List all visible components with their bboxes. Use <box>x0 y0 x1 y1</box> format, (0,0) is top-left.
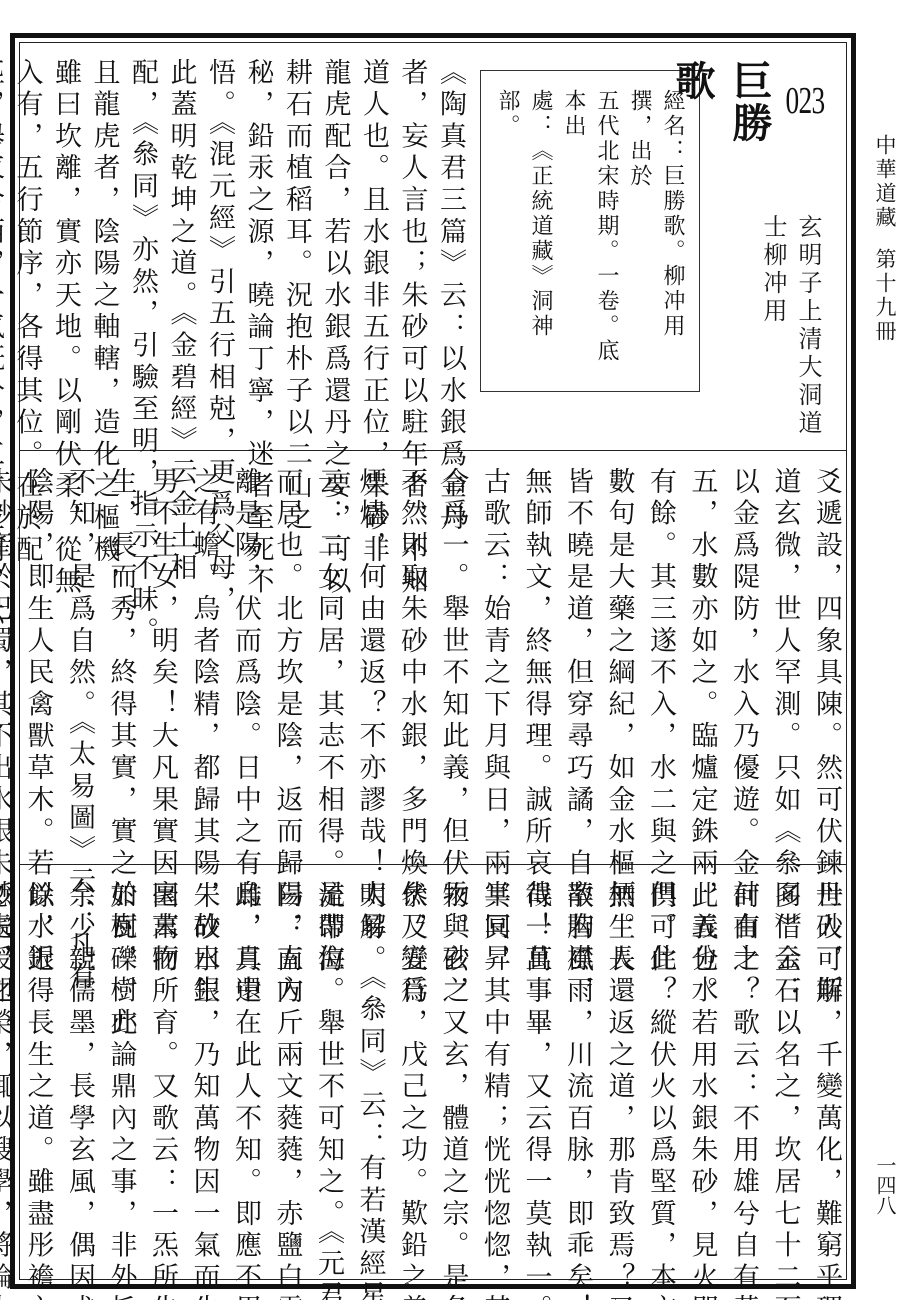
text-column: 且龍虎者，陰陽之軸轄，造化之樞機， <box>85 44 124 448</box>
page-number: 一四八 <box>858 1155 900 1215</box>
text-column: 散若風雨，川流百脉，即乖矣！經云： <box>557 867 597 1277</box>
text-column: 得一萬事畢，又云得一莫執一。杳杳 <box>516 867 556 1277</box>
text-column: 皆不曉是道，但穿尋巧譎，自率胸襟， <box>557 453 597 861</box>
volume-label: 第十九冊 <box>873 248 897 344</box>
text-column: 因萬物所育。又歌云：一炁所失，猶 <box>142 867 182 1277</box>
text-column: 云：二女同居，其志不相得。是即位 <box>308 453 348 861</box>
title-stack: 023 巨勝歌 <box>772 54 832 146</box>
text-column: 慙朱綬之榮，輒以謏學，將論大藥。窮 <box>0 867 16 1277</box>
author-line: 玄明子上清大洞道士柳冲用 <box>790 146 826 448</box>
text-column: 朱砂水銀，乃知萬物因一氣而生，三才 <box>184 867 224 1277</box>
text-column: 此義也。若用水銀朱砂，見火即飛，何 <box>682 867 722 1277</box>
text-column: 叅及五行，戊己之功。歎鉛之美，實難 <box>391 867 431 1277</box>
text-column: 陰陽，即生人民禽獸草木。若以水銀 <box>18 453 58 861</box>
text-column: 生，長而秀，終得其實，實之於樹，樹亦 <box>101 453 141 861</box>
text-column: 配，《叅同》亦然，引驗至明，指示不昧。 <box>124 44 163 448</box>
text-column: 而居也。北方坎是陰，返而歸陽，南方 <box>267 453 307 861</box>
text-column: 何由之？歌云：不用雄兮自有黃，是 <box>723 867 763 1277</box>
text-column: 如瓦礫。此論鼎內之事，非外旨也。 <box>101 867 141 1277</box>
text-column: 男不生女，明矣！大凡果實因毫末而 <box>142 453 182 861</box>
text-column: 無師執文，終無得理。誠所哀哉！且 <box>516 453 556 861</box>
text-column: 悟。《混元經》引五行相尅，更爲父母， <box>201 44 240 448</box>
text-column: 秘，鉛汞之源，曉論丁寧，迷者至死不 <box>239 44 278 448</box>
text-column: 道人也。且水銀非五行正位，朱砂非 <box>355 44 394 448</box>
text-column: 門可住？縱伏火以爲堅質，本亦不存， <box>640 867 680 1277</box>
text-column: 余少親儒墨，長學玄風，偶因求瘼之 <box>59 867 99 1277</box>
info-line: 五代北宋時期。一卷。底本出 <box>557 89 623 381</box>
running-head: 中華道藏第十九冊 <box>858 134 900 344</box>
text-column: 雌，真還在此人不知。即應不用人間 <box>225 867 265 1277</box>
text-column: 餘，近得長生之道。雖盡彤襜之任，有 <box>18 867 58 1277</box>
text-column: 朱砂產於巴蜀，其不出水銀朱砂處，即 <box>0 453 16 861</box>
text-column: 數句是大藥之綱紀，如金水樞柄。人 <box>599 453 639 861</box>
text-column: 不然則取朱砂中水銀，多門煥伏，變爲 <box>391 453 431 861</box>
text-column: 離是陽，伏而爲陰。日中之有烏，月中 <box>225 453 265 861</box>
text-column: 龍虎配合，若以水銀爲還丹之要，可以 <box>316 44 355 448</box>
text-column: 不知，是爲自然。《太易圖》云：凡有 <box>59 453 99 861</box>
entry-number: 023 <box>786 79 825 123</box>
section-middle: 爻遞設，四象具陳。然可伏鍊丹砂，斯 道玄微，世人罕測。只如《叅同》云： 以金爲隄… <box>20 453 846 861</box>
text-column: 雖曰坎離，實亦天地。以剛伏柔，從無 <box>47 44 86 448</box>
text-column: 此蓋明乾坤之道。《金碧經》云金土相 <box>162 44 201 448</box>
text-column: 五，水數亦如之。臨爐定銖兩，五分水 <box>682 453 722 861</box>
text-column: 多借金石以名之，坎居七十二石之長， <box>765 867 805 1277</box>
text-column: 之有蟾。烏者陰精，都歸其陽，故曰生 <box>184 453 224 861</box>
text-column: 世人可解，千變萬化，難窮乎理。聖人 <box>806 867 846 1277</box>
text-column: 明解。《叅同》云：有若漢經星，百川 <box>350 867 390 1277</box>
text-column: 古歌云：始青之下月與日，兩半同昇 <box>474 453 514 861</box>
text-column: 物。玄之又玄，體道之宗。是各一二， <box>433 867 473 1277</box>
text-column: 有餘。其三遂不入，水二與之俱。此 <box>640 453 680 861</box>
entry-title: 巨勝歌 <box>664 60 778 146</box>
text-column: 以金爲隄防，水入乃優遊。金計有十 <box>723 453 763 861</box>
text-column: 入有，五行節序，各得其位。在於配 <box>8 44 47 448</box>
text-column: 合爲一。舉世不知此義，但伏汞與砂， <box>433 453 473 861</box>
text-column: 流帶海。舉世不可知之。《元君歌》 <box>308 867 348 1277</box>
section-bottom: 世人可解，千變萬化，難窮乎理。聖人 多借金石以名之，坎居七十二石之長， 何由之？… <box>20 867 846 1277</box>
text-column: 冥冥，其中有精；恍恍惚惚，其中有 <box>474 867 514 1277</box>
text-column: 道玄微，世人罕測。只如《叅同》云： <box>765 453 805 861</box>
text-column: 爻遞設，四象具陳。然可伏鍊丹砂，斯 <box>806 453 846 861</box>
text-column: 耕石而植稻耳。況抱朴子以二山之 <box>278 44 317 448</box>
section-top: 023 巨勝歌 玄明子上清大洞道士柳冲用 經名：巨勝歌。柳冲用撰，出於 五代北宋… <box>20 44 846 448</box>
text-column: 煙燼，何由還返？不亦謬哉！太易 <box>350 453 390 861</box>
text-column: 《陶真君三篇》云：以水銀爲金丹 <box>432 44 471 448</box>
text-column: 者，妄人言也；朱砂可以駐年者，不知 <box>393 44 432 448</box>
text-column: 曰：五內斤兩文蕤蕤，赤鹽白雪成雄 <box>267 867 307 1277</box>
text-column: 無生長還返之道，那肯致焉？又以霧 <box>599 867 639 1277</box>
collection-title: 中華道藏 <box>873 134 897 230</box>
info-line: 處：《正統道藏》洞神部。 <box>491 89 557 381</box>
entry-title-block: 023 巨勝歌 玄明子上清大洞道士柳冲用 <box>722 44 832 448</box>
